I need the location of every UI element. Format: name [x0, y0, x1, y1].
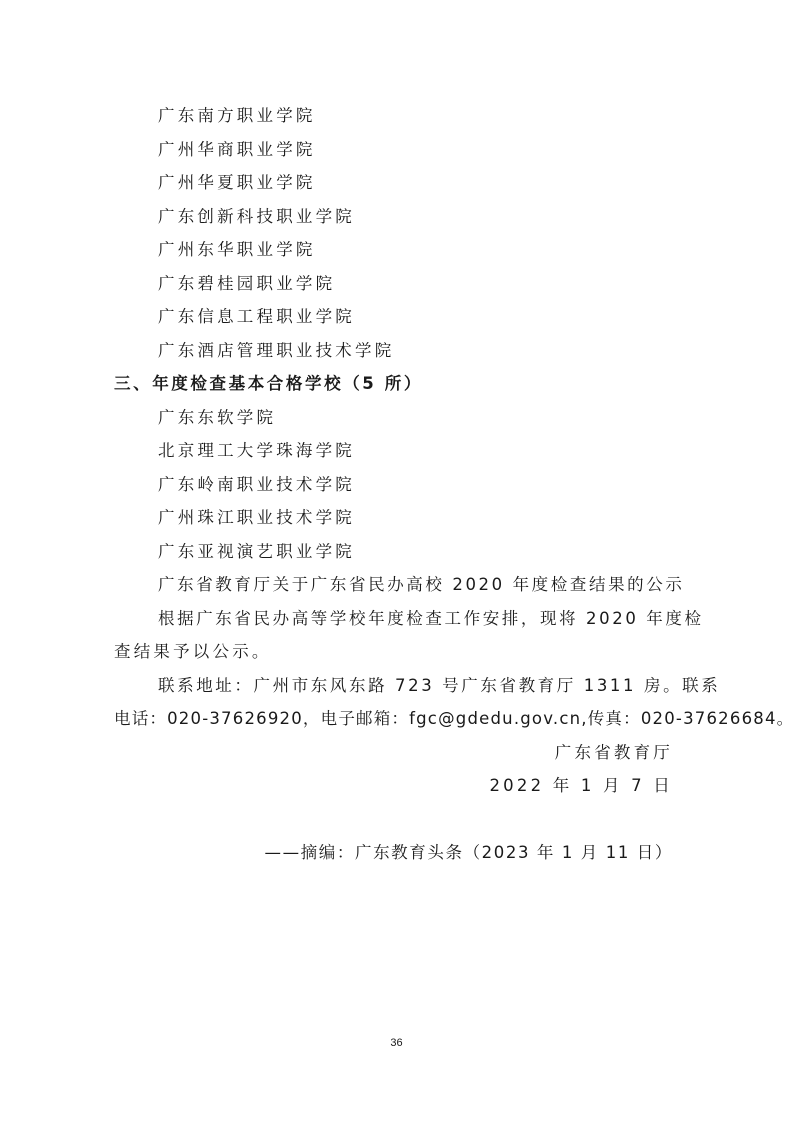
- list-item: 广州东华职业学院: [158, 240, 316, 260]
- list-item: 广东岭南职业技术学院: [158, 475, 355, 495]
- list-item: 广州华商职业学院: [158, 140, 316, 160]
- contact-line: 联系地址：广州市东风东路 723 号广东省教育厅 1311 房。联系: [158, 676, 720, 696]
- list-item: 广东创新科技职业学院: [158, 207, 355, 227]
- list-item: 广东南方职业学院: [158, 106, 316, 126]
- list-item: 广东信息工程职业学院: [158, 307, 355, 327]
- notice-body-line: 查结果予以公示。: [114, 642, 272, 662]
- contact-line: 电话：020-37626920，电子邮箱：fgc@gdedu.gov.cn,传真…: [114, 709, 793, 729]
- list-item: 广东东软学院: [158, 408, 276, 428]
- list-item: 广东碧桂园职业学院: [158, 274, 335, 294]
- signature: 广东省教育厅: [555, 743, 673, 763]
- section-heading: 三、年度检查基本合格学校（5 所）: [114, 374, 423, 394]
- page-number: 36: [0, 1037, 793, 1049]
- list-item: 广东酒店管理职业技术学院: [158, 341, 394, 361]
- source-citation: ——摘编：广东教育头条（2023 年 1 月 11 日）: [264, 843, 673, 863]
- notice-title: 广东省教育厅关于广东省民办高校 2020 年度检查结果的公示: [158, 575, 684, 595]
- list-item: 北京理工大学珠海学院: [158, 441, 355, 461]
- list-item: 广州华夏职业学院: [158, 173, 316, 193]
- document-page: 广东南方职业学院 广州华商职业学院 广州华夏职业学院 广东创新科技职业学院 广州…: [0, 0, 793, 1122]
- signature-date: 2022 年 1 月 7 日: [489, 776, 673, 796]
- list-item: 广东亚视演艺职业学院: [158, 542, 355, 562]
- notice-body-line: 根据广东省民办高等学校年度检查工作安排，现将 2020 年度检: [158, 609, 704, 629]
- list-item: 广州珠江职业技术学院: [158, 508, 355, 528]
